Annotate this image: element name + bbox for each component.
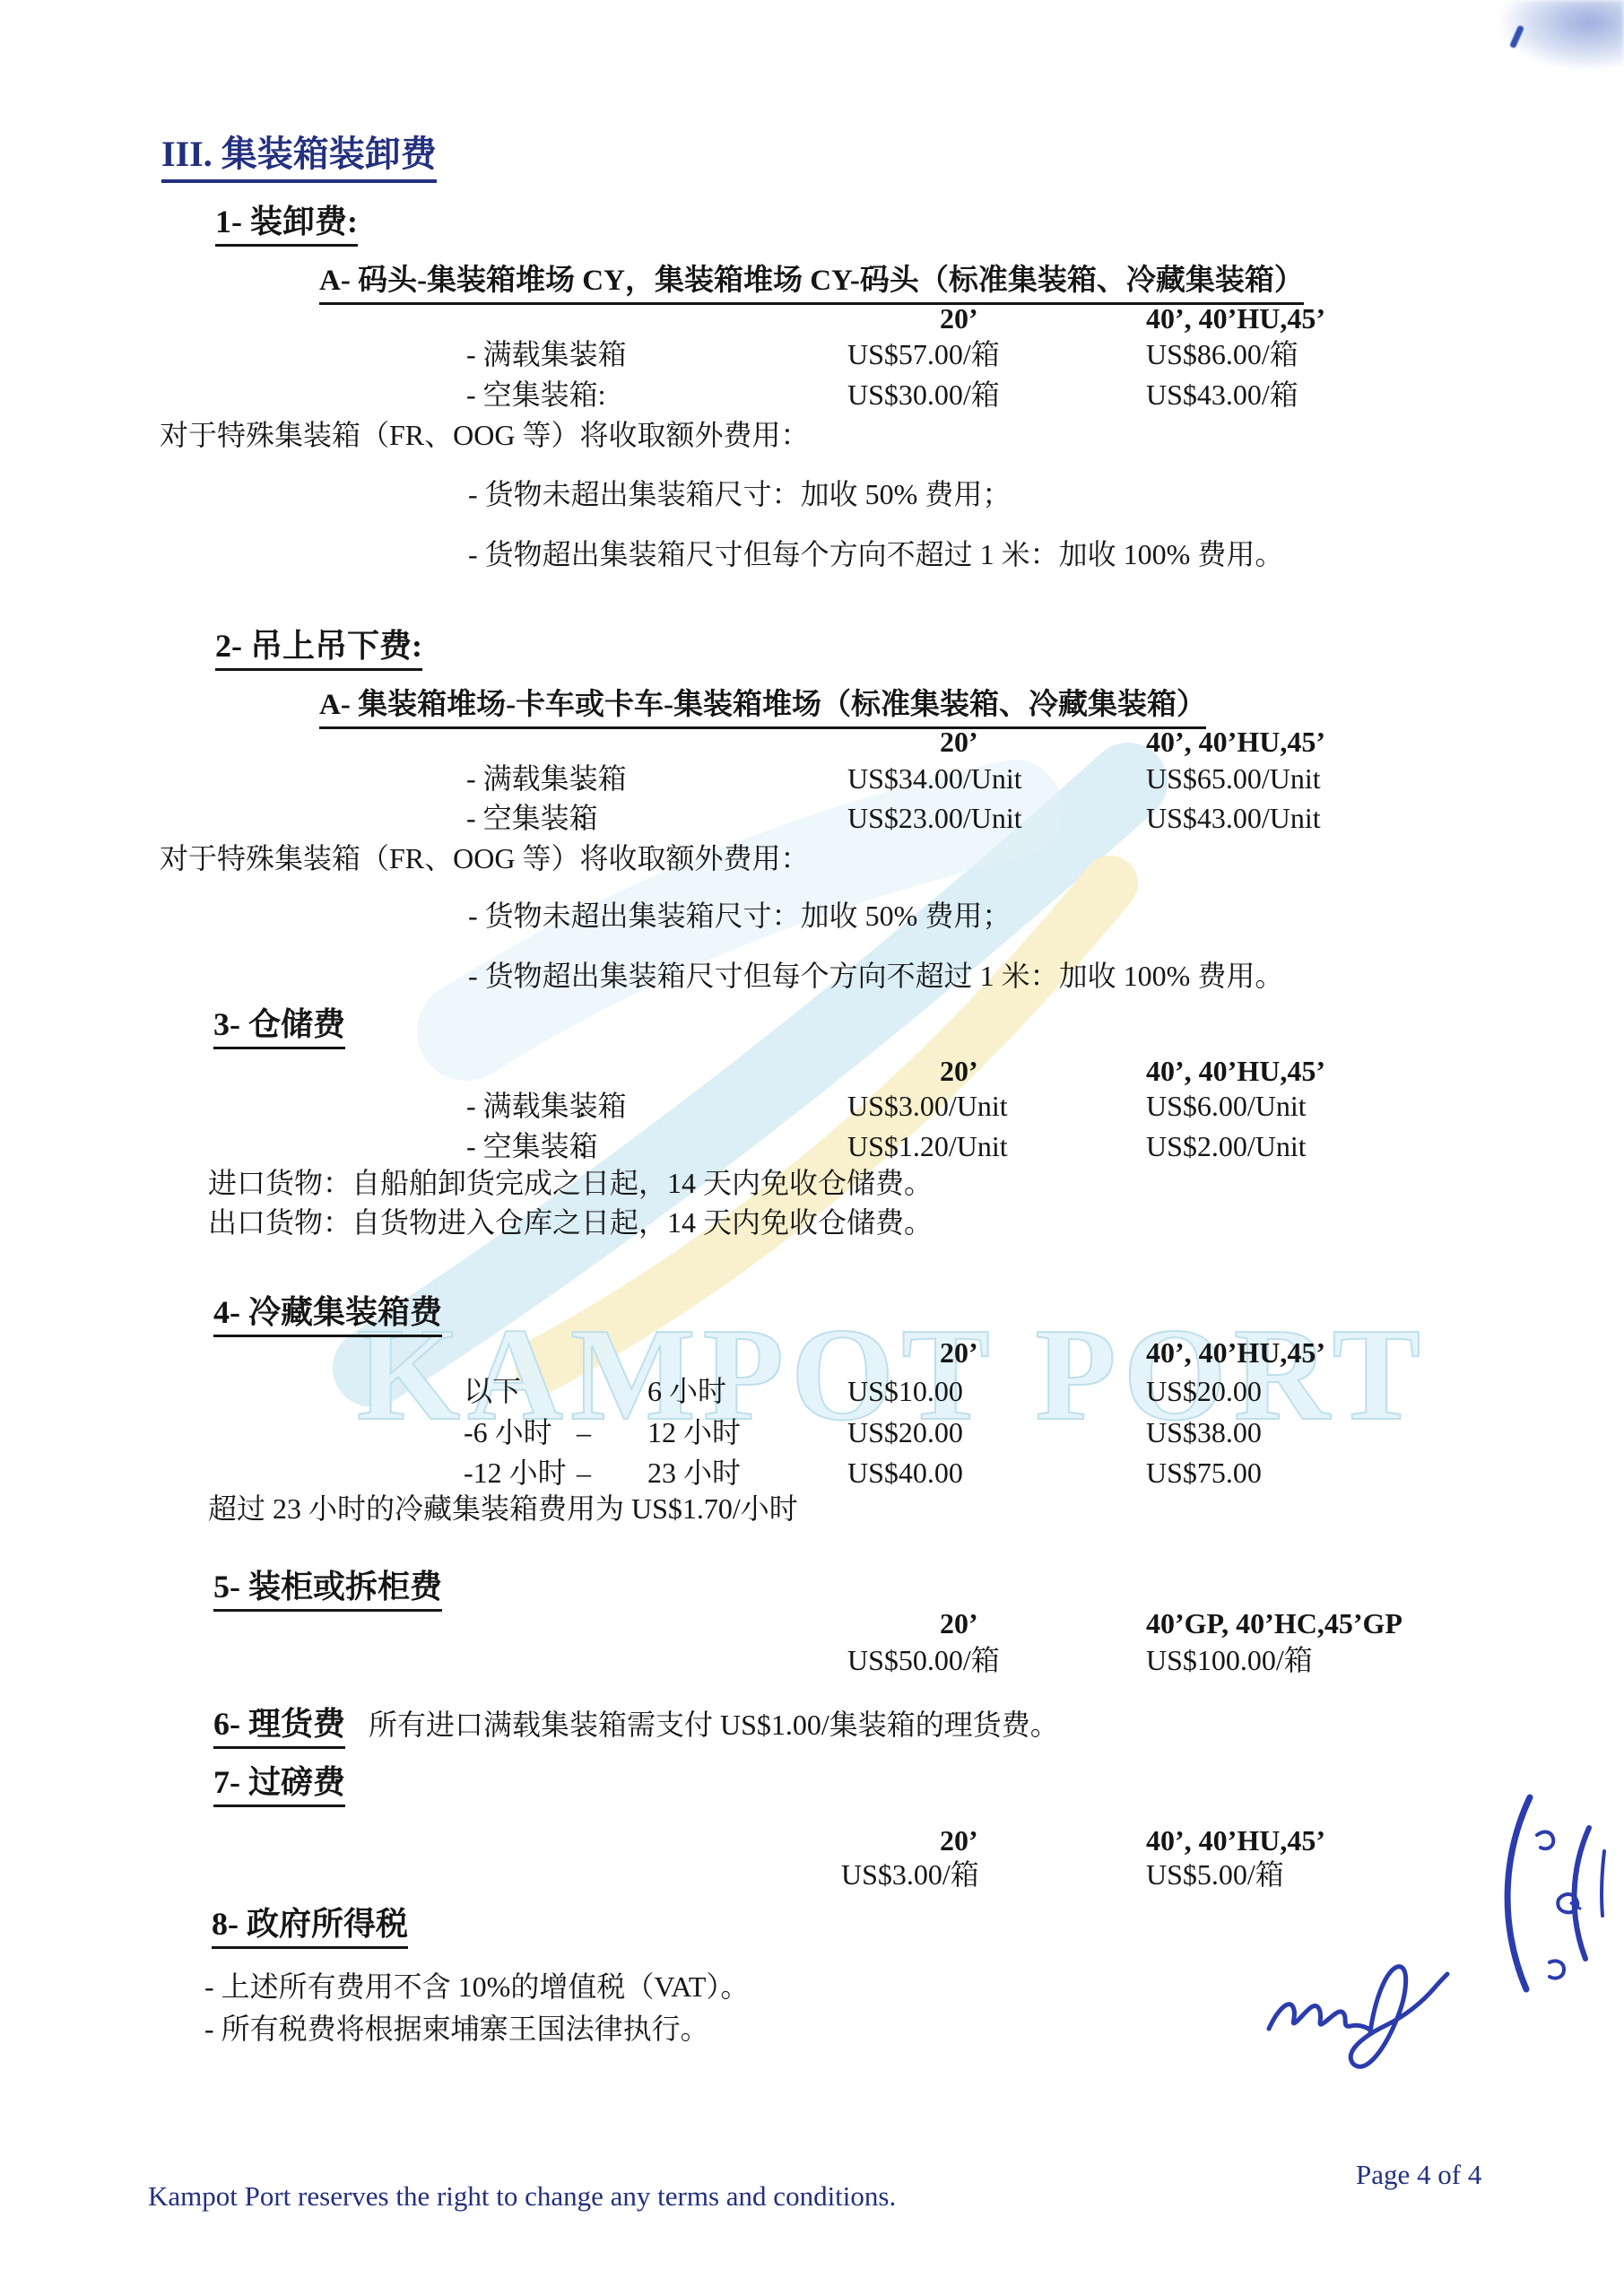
- ink-overlay: [0, 0, 1624, 2296]
- signature: [1269, 1967, 1447, 2067]
- document-page: KAMPOT PORT III. 集装箱装卸费 1- 装卸费: A- 码头-集装…: [0, 0, 1624, 2296]
- stamp-partial: [1507, 1797, 1604, 1989]
